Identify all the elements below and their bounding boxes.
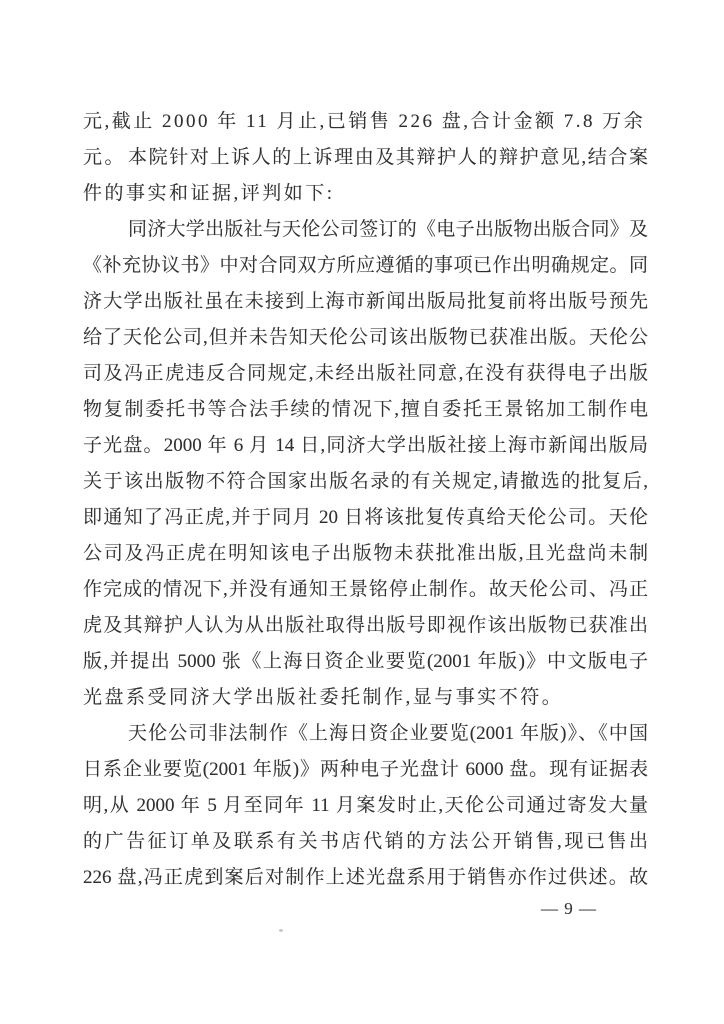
text-line: 同济大学出版社与天伦公司签订的《电子出版物出版合同》及 <box>83 212 648 248</box>
text-line: 件的事实和证据,评判如下: <box>83 176 648 212</box>
text-line: 本院针对上诉人的上诉理由及其辩护人的辩护意见,结合案 <box>83 140 648 176</box>
text-line: 天伦公司非法制作《上海日资企业要览(2001 年版)》、《中国 <box>83 716 648 752</box>
text-line: 关于该出版物不符合国家出版名录的有关规定,请撤选的批复后, <box>83 464 648 500</box>
text-line: 子光盘。2000 年 6 月 14 日,同济大学出版社接上海市新闻出版局 <box>83 428 648 464</box>
text-line: 物复制委托书等合法手续的情况下,擅自委托王景铭加工制作电 <box>83 392 648 428</box>
text-line: 日系企业要览(2001 年版)》两种电子光盘计 6000 盘。现有证据表 <box>83 752 648 788</box>
judgment-text-block: 元,截止 2000 年 11 月止,已销售 226 盘,合计金额 7.8 万余元… <box>83 104 648 896</box>
text-line: 济大学出版社虽在未接到上海市新闻出版局批复前将出版号预先 <box>83 284 648 320</box>
text-line: 虎及其辩护人认为从出版社取得出版号即视作该出版物已获准出 <box>83 608 648 644</box>
text-line: 作完成的情况下,并没有通知王景铭停止制作。故天伦公司、冯正 <box>83 572 648 608</box>
text-line: 光盘系受同济大学出版社委托制作,显与事实不符。 <box>83 680 648 716</box>
text-line: 明,从 2000 年 5 月至同年 11 月案发时止,天伦公司通过寄发大量 <box>83 788 648 824</box>
text-line: 公司及冯正虎在明知该电子出版物未获批准出版,且光盘尚未制 <box>83 536 648 572</box>
text-line: 元,截止 2000 年 11 月止,已销售 226 盘,合计金额 7.8 万余元… <box>83 104 648 140</box>
page-number: — 9 — <box>541 899 597 919</box>
text-line: 版,并提出 5000 张《上海日资企业要览(2001 年版)》中文版电子 <box>83 644 648 680</box>
text-line: 226 盘,冯正虎到案后对制作上述光盘系用于销售亦作过供述。故 <box>83 860 648 896</box>
scanned-court-document-page: 元,截止 2000 年 11 月止,已销售 226 盘,合计金额 7.8 万余元… <box>0 0 724 1024</box>
text-line: 即通知了冯正虎,并于同月 20 日将该批复传真给天伦公司。天伦 <box>83 500 648 536</box>
text-line: 给了天伦公司,但并未告知天伦公司该出版物已获准出版。天伦公 <box>83 320 648 356</box>
scan-speck <box>279 929 283 932</box>
text-line: 《补充协议书》中对合同双方所应遵循的事项已作出明确规定。同 <box>83 248 648 284</box>
text-line: 的广告征订单及联系有关书店代销的方法公开销售,现已售出 <box>83 824 648 860</box>
text-line: 司及冯正虎违反合同规定,未经出版社同意,在没有获得电子出版 <box>83 356 648 392</box>
